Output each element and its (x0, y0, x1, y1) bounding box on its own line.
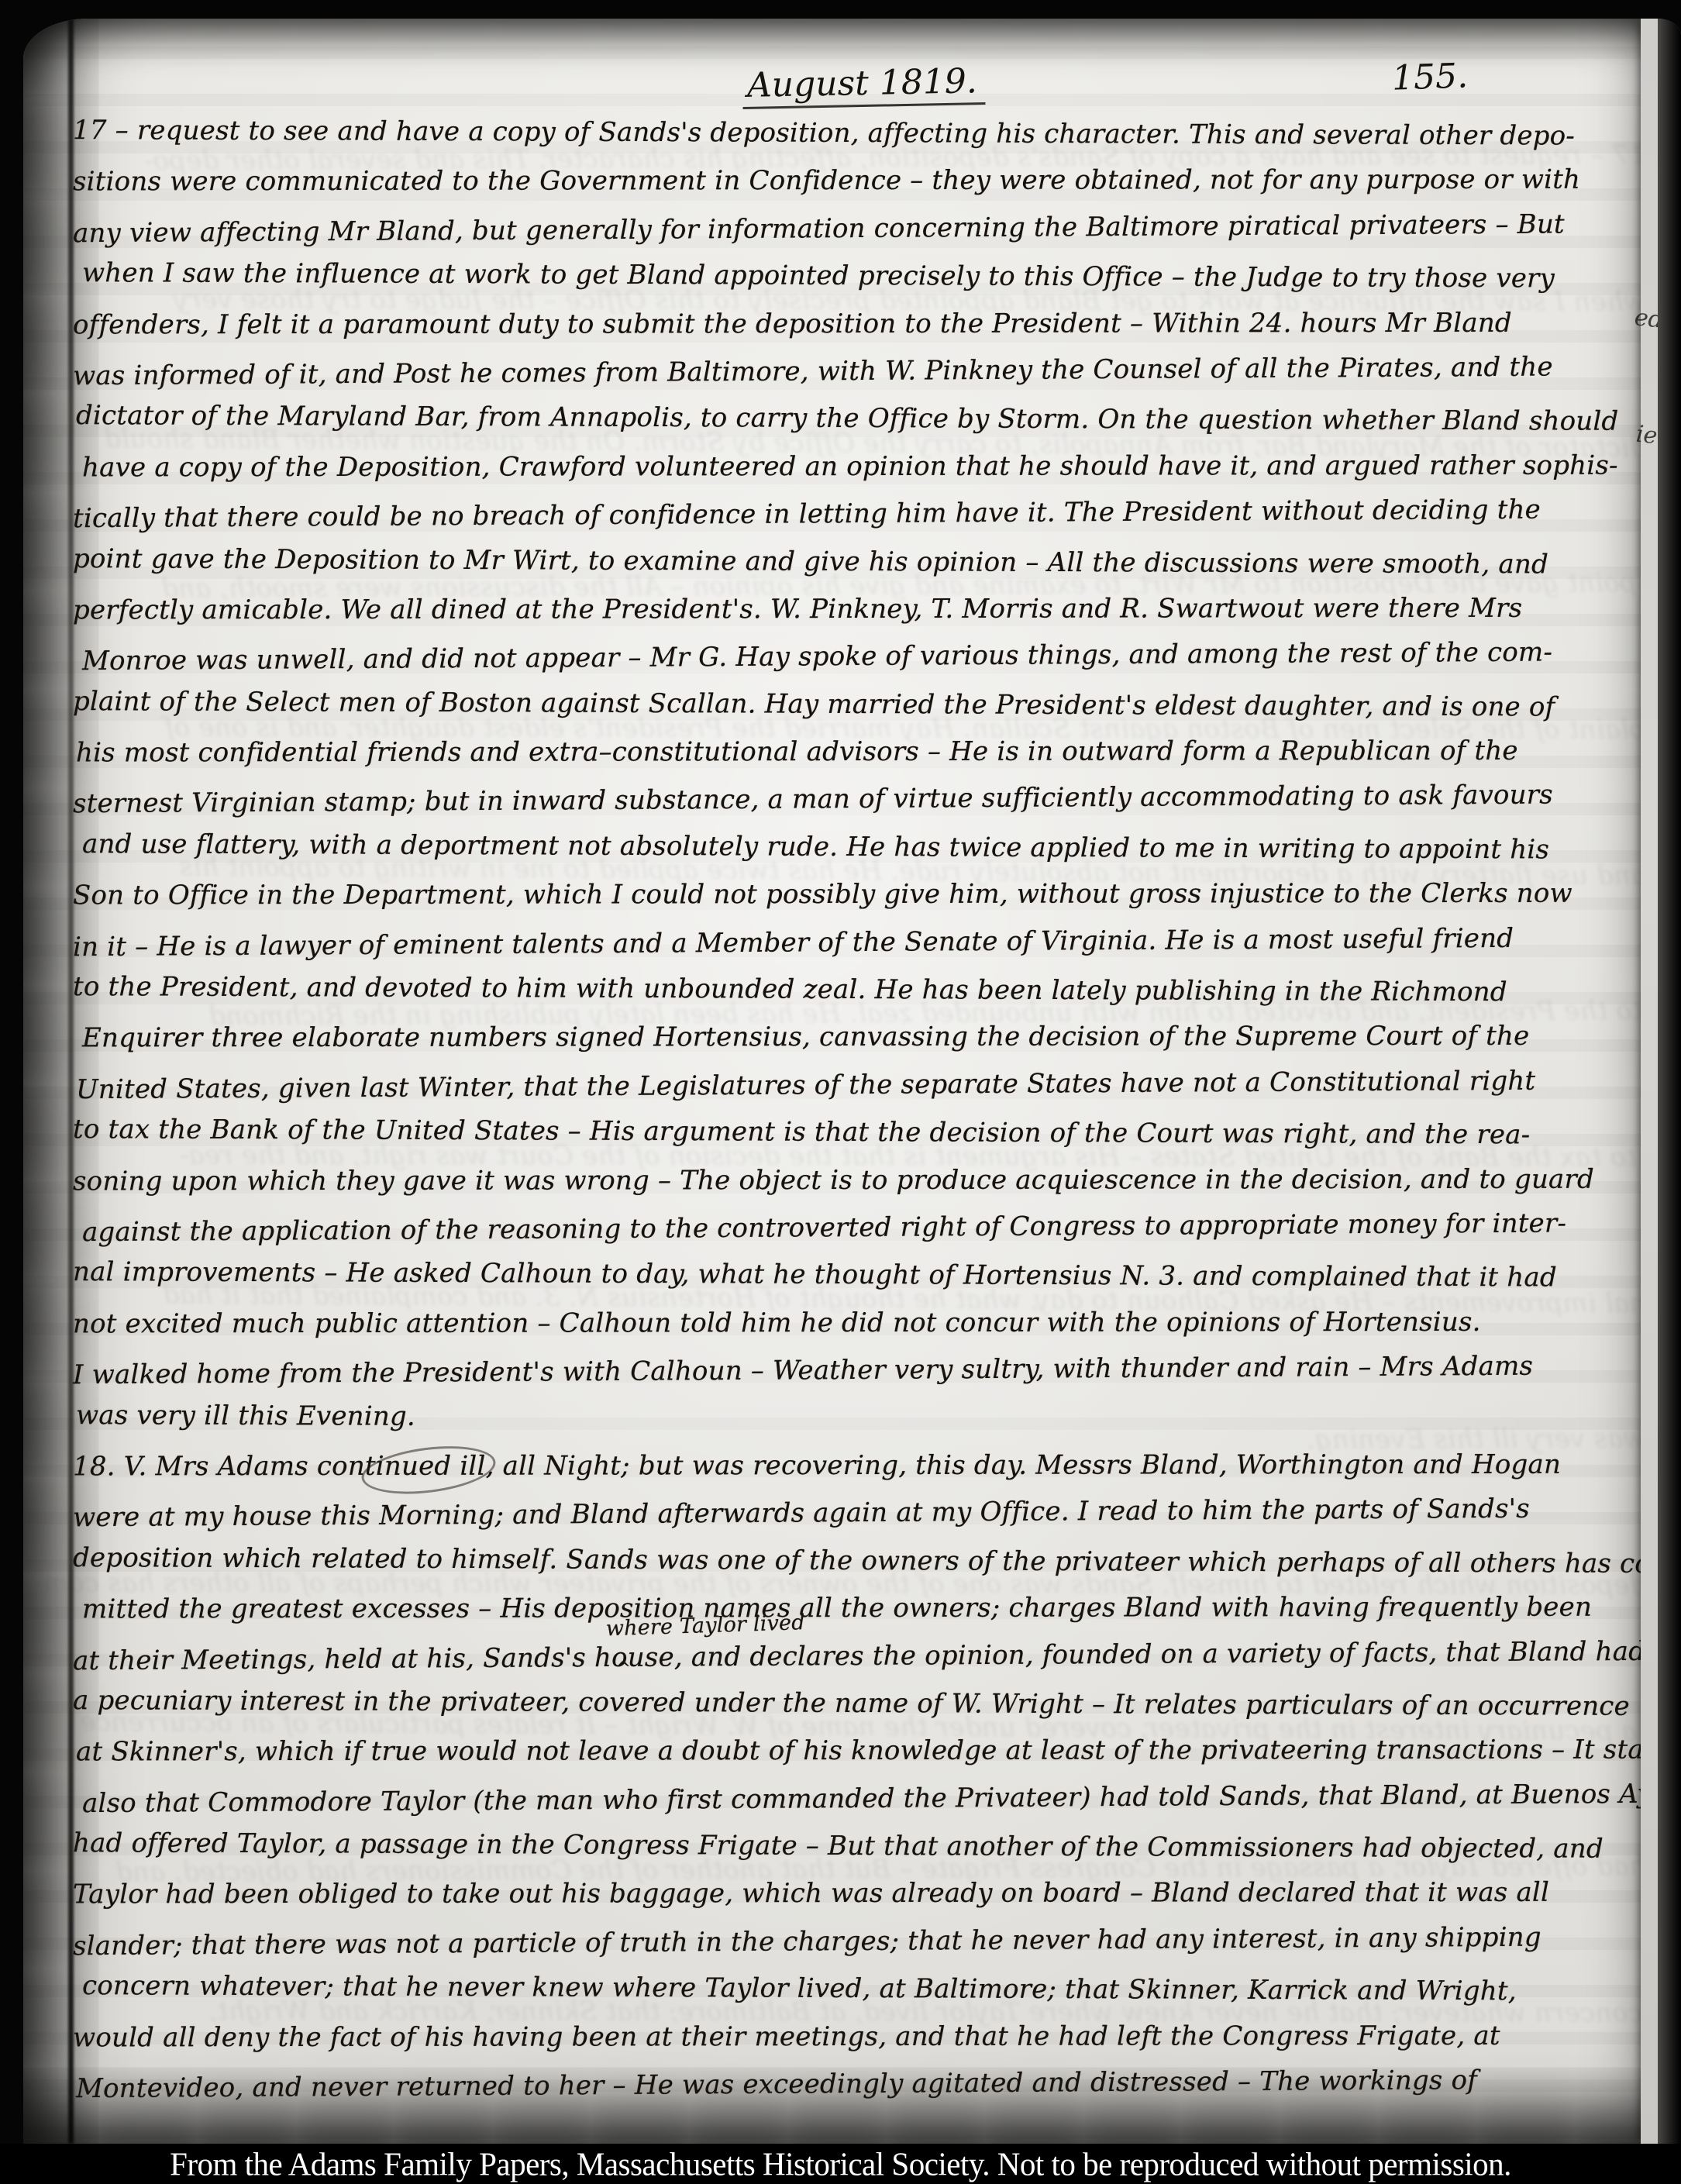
manuscript-line: tically that there could be no breach of… (73, 486, 1646, 543)
manuscript-line: United States, given last Winter, that t… (73, 1057, 1646, 1114)
caret-mark: ^ (615, 1660, 631, 1676)
manuscript-line: in it – He is a lawyer of eminent talent… (73, 914, 1646, 971)
manuscript-line: 17 – request to see and have a copy of S… (73, 107, 1646, 160)
manuscript-line: was very ill this Evening. (73, 1392, 1646, 1445)
manuscript-line: perfectly amicable. We all dined at the … (73, 584, 1646, 634)
manuscript-text: 17 – request to see and have a copy of S… (73, 110, 1646, 2108)
credit-caption: From the Adams Family Papers, Massachuse… (170, 2144, 1511, 2183)
manuscript-line: were at my house this Morning; and Bland… (73, 1485, 1646, 1542)
scanned-diary-page: 17 – request to see and have a copy of S… (0, 0, 1681, 2184)
manuscript-line: was informed of it, and Post he comes fr… (73, 343, 1646, 401)
manuscript-line: to the President, and devoted to him wit… (73, 963, 1646, 1017)
manuscript-line: point gave the Deposition to Mr Wirt, to… (73, 536, 1646, 589)
manuscript-line: any view affecting Mr Bland, but general… (73, 201, 1646, 258)
manuscript-line: plaint of the Select men of Boston again… (73, 678, 1646, 732)
manuscript-line: concern whatever; that he never knew whe… (73, 1962, 1646, 2016)
manuscript-line: Son to Office in the Department, which I… (73, 870, 1646, 920)
manuscript-line: also that Commodore Taylor (the man who … (73, 1770, 1646, 1827)
manuscript-line: slander; that there was not a particle o… (73, 1914, 1646, 1971)
manuscript-line: Enquirer three elaborate numbers signed … (73, 1013, 1646, 1063)
page-number: 155. (1391, 56, 1469, 98)
manuscript-line: offenders, I felt it a paramount duty to… (73, 299, 1646, 349)
manuscript-line: nal improvements – He asked Calhoun to d… (73, 1249, 1646, 1302)
manuscript-line: had offered Taylor, a passage in the Con… (73, 1820, 1646, 1873)
manuscript-line: would all deny the fact of his having be… (73, 2012, 1646, 2062)
manuscript-line: dictator of the Maryland Bar, from Annap… (73, 392, 1646, 446)
manuscript-line: mitted the greatest excesses – His depos… (73, 1584, 1646, 1634)
manuscript-line: against the application of the reasoning… (73, 1200, 1646, 1257)
interlinear-insertion: where Taylor lived (605, 1612, 805, 1639)
book-edge-shadow (1658, 19, 1681, 2144)
manuscript-line: I walked home from the President's with … (73, 1342, 1646, 1400)
manuscript-line: deposition which related to himself. San… (73, 1535, 1646, 1588)
manuscript-line: have a copy of the Deposition, Crawford … (73, 442, 1646, 491)
credit-caption-bar: From the Adams Family Papers, Massachuse… (0, 2144, 1681, 2184)
manuscript-line: when I saw the influence at work to get … (73, 250, 1646, 303)
manuscript-line: sternest Virginian stamp; but in inward … (73, 771, 1646, 828)
manuscript-line: Montevideo, and never returned to her – … (73, 2056, 1646, 2113)
manuscript-line: sitions were communicated to the Governm… (73, 157, 1646, 206)
manuscript-line: soning upon which they gave it was wrong… (73, 1156, 1646, 1205)
manuscript-line: to tax the Bank of the United States – H… (73, 1106, 1646, 1159)
manuscript-line: 18. V. Mrs Adams continued ill, all Nigh… (73, 1442, 1646, 1491)
manuscript-line: a pecuniary interest in the privateer, c… (73, 1677, 1646, 1731)
facing-page-fragment: ie (1634, 421, 1659, 450)
manuscript-line: Monroe was unwell, and did not appear – … (73, 629, 1646, 686)
manuscript-line: and use flattery, with a deportment not … (73, 821, 1646, 874)
manuscript-line: his most confidential friends and extra–… (73, 728, 1646, 777)
manuscript-line: Taylor had been obliged to take out his … (73, 1869, 1646, 1919)
entry-date-heading: August 1819. (742, 61, 985, 109)
manuscript-page: 17 – request to see and have a copy of S… (23, 19, 1681, 2144)
manuscript-line: at Skinner's, which if true would not le… (73, 1727, 1646, 1776)
manuscript-line: at their Meetings, held at his, Sands's … (73, 1628, 1646, 1685)
manuscript-line: not excited much public attention – Calh… (73, 1298, 1646, 1348)
